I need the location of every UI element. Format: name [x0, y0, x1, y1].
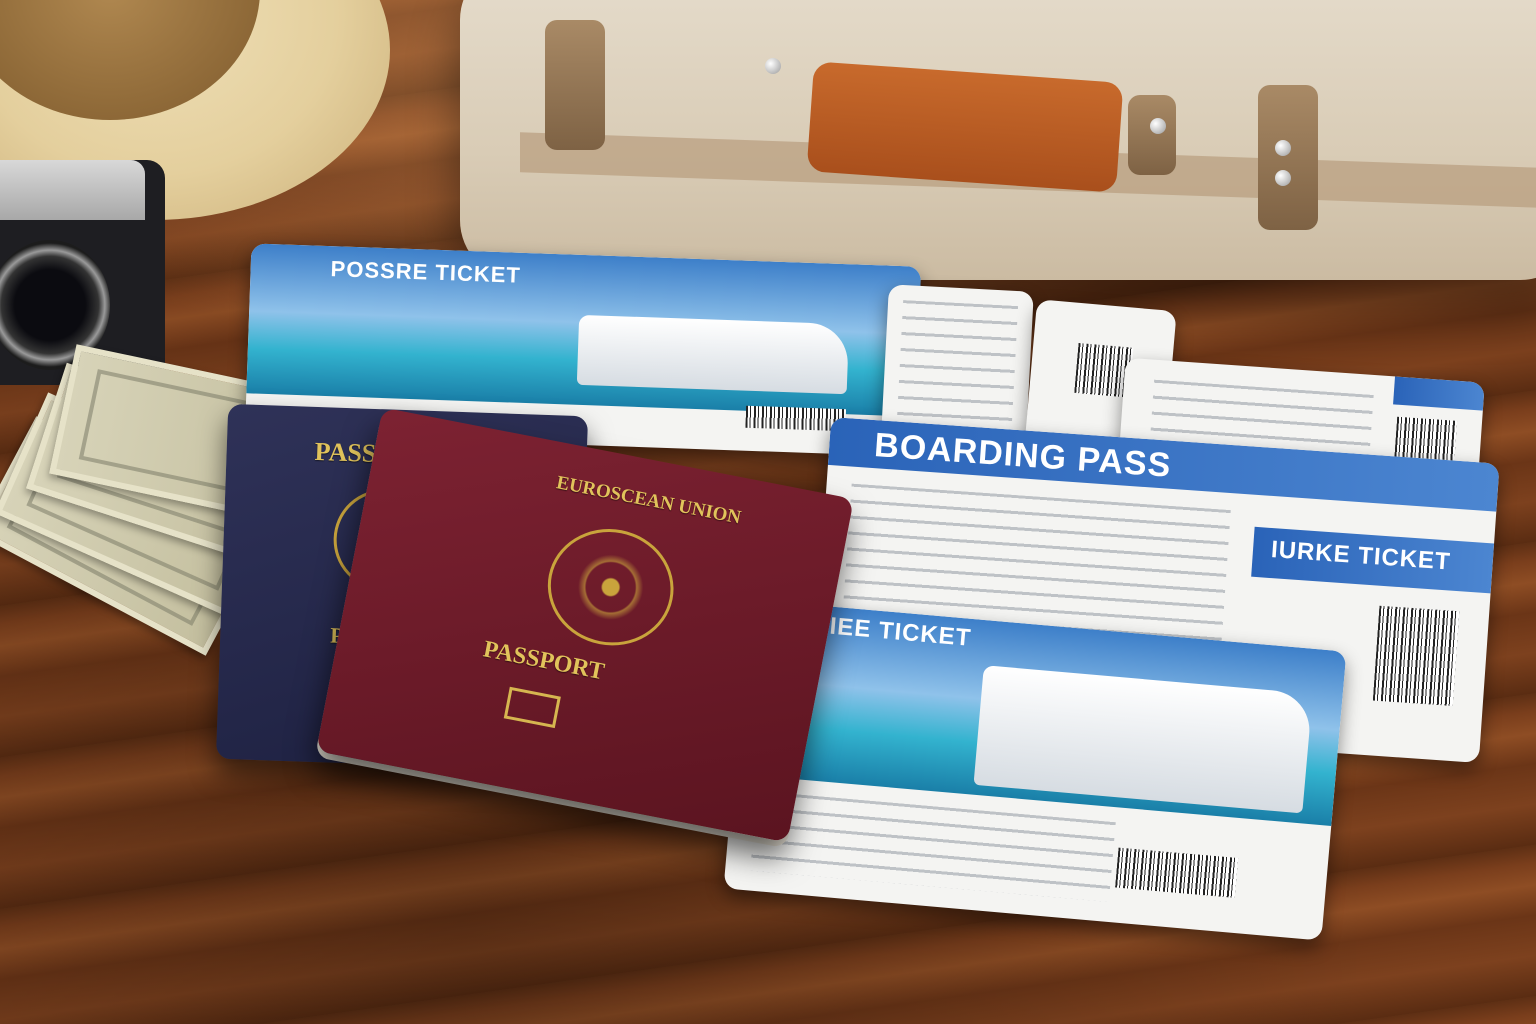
rivet	[765, 58, 781, 74]
biometric-chip-icon	[504, 687, 561, 728]
travel-scene: POSSRE TICKET BOARDING PASS IURKE TICKET…	[0, 0, 1536, 1024]
suitcase-handle	[807, 61, 1124, 192]
passport-burgundy-title: PASSPORT	[481, 636, 607, 686]
barcode	[1115, 848, 1238, 898]
barcode	[1373, 606, 1459, 706]
suitcase-latch	[1258, 85, 1318, 230]
receipt	[881, 284, 1034, 441]
suitcase-handle-clip	[1128, 95, 1176, 175]
coat-of-arms-icon	[538, 518, 684, 656]
passport-burgundy: EUROSCEAN UNION PASSPORT	[316, 407, 854, 842]
camera-top-plate	[0, 160, 145, 220]
suitcase-latch	[545, 20, 605, 150]
passport-union-label: EUROSCEAN UNION	[554, 472, 742, 529]
rivet	[1275, 170, 1291, 186]
rivet	[1150, 118, 1166, 134]
cruise-ship-image	[577, 315, 849, 394]
rivet	[1275, 140, 1291, 156]
